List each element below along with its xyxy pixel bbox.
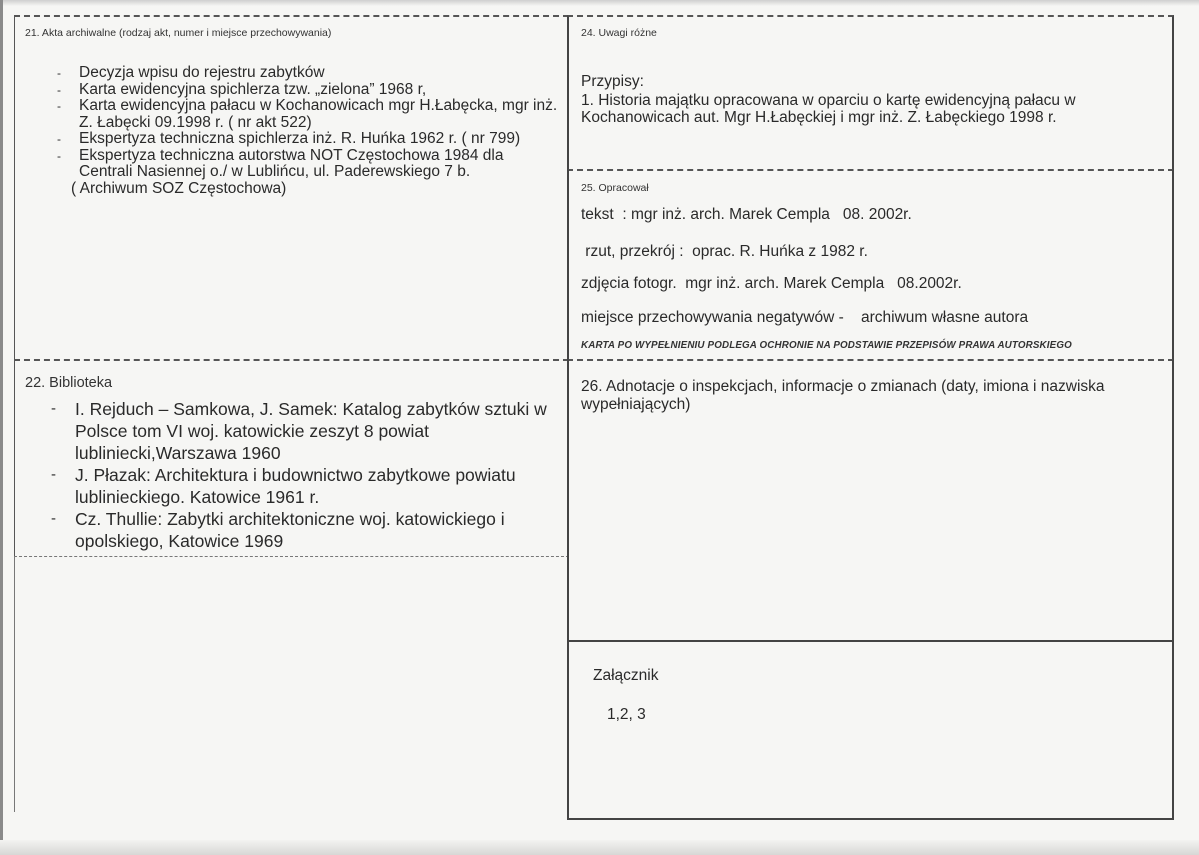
dash-bullet-icon: -: [51, 464, 56, 486]
section-24-remarks: 24. Uwagi różne Przypisy: 1. Historia ma…: [567, 15, 1174, 171]
text-author-line: tekst : mgr inż. arch. Marek Cempla 08. …: [581, 206, 912, 224]
attachment-label: Załącznik: [593, 667, 658, 685]
archive-location-note: ( Archiwum SOZ Częstochowa): [71, 181, 559, 198]
plan-section-line: rzut, przekrój : oprac. R. Huńka z 1982 …: [581, 243, 868, 261]
list-item: -Karta ewidencyjna pałacu w Kochanowicac…: [79, 98, 559, 131]
dash-bullet-icon: -: [51, 508, 56, 530]
list-item: -Karta ewidencyjna spichlerza tzw. „ziel…: [79, 82, 559, 99]
dash-bullet-icon: -: [57, 98, 61, 115]
attachment-section: Załącznik 1,2, 3: [567, 641, 1174, 820]
list-item: -Decyzja wpisu do rejestru zabytków: [79, 65, 559, 82]
section-24-label: 24. Uwagi różne: [581, 27, 657, 39]
negatives-location-line: miejsce przechowywania negatywów - archi…: [581, 309, 1028, 327]
dash-bullet-icon: -: [57, 65, 61, 82]
list-item: -J. Płazak: Architektura i budownictwo z…: [75, 464, 565, 508]
section-21-label: 21. Akta archiwalne (rodzaj akt, numer i…: [25, 27, 331, 39]
dash-bullet-icon: -: [57, 131, 61, 148]
scan-edge-top: [0, 0, 1199, 6]
list-item: -Ekspertyza techniczna spichlerza inż. R…: [79, 131, 559, 148]
bibliography-list: -I. Rejduch – Samkowa, J. Samek: Katalog…: [75, 398, 565, 552]
section-26-annotations: 26. Adnotacje o inspekcjach, informacje …: [567, 360, 1174, 642]
copyright-notice: KARTA PO WYPEŁNIENIU PODLEGA OCHRONIE NA…: [581, 340, 1072, 351]
footnotes-heading: Przypisy:: [581, 73, 644, 90]
list-item: -Ekspertyza techniczna autorstwa NOT Czę…: [79, 148, 559, 181]
dash-bullet-icon: -: [57, 82, 61, 99]
section-25-label: 25. Opracował: [581, 182, 649, 194]
scan-edge-left: [0, 0, 3, 855]
section-22-label: 22. Biblioteka: [25, 375, 112, 391]
scan-edge-bottom: [0, 840, 1199, 855]
section-22-library: 22. Biblioteka -I. Rejduch – Samkowa, J.…: [14, 360, 569, 557]
footnote-text: 1. Historia majątku opracowana w oparciu…: [581, 92, 1161, 126]
section-21-archival-records: 21. Akta archiwalne (rodzaj akt, numer i…: [14, 15, 569, 361]
list-item: -Cz. Thullie: Zabytki architektoniczne w…: [75, 508, 565, 552]
attachment-value: 1,2, 3: [607, 706, 646, 724]
section-26-label: 26. Adnotacje o inspekcjach, informacje …: [581, 378, 1166, 414]
list-item: -I. Rejduch – Samkowa, J. Samek: Katalog…: [75, 398, 565, 464]
section-25-prepared-by: 25. Opracował tekst : mgr inż. arch. Mar…: [567, 170, 1174, 361]
blank-area: [14, 556, 569, 812]
photos-line: zdjęcia fotogr. mgr inż. arch. Marek Cem…: [581, 275, 962, 293]
archival-records-list: -Decyzja wpisu do rejestru zabytków -Kar…: [79, 65, 559, 197]
dash-bullet-icon: -: [51, 398, 56, 420]
dash-bullet-icon: -: [57, 148, 61, 165]
